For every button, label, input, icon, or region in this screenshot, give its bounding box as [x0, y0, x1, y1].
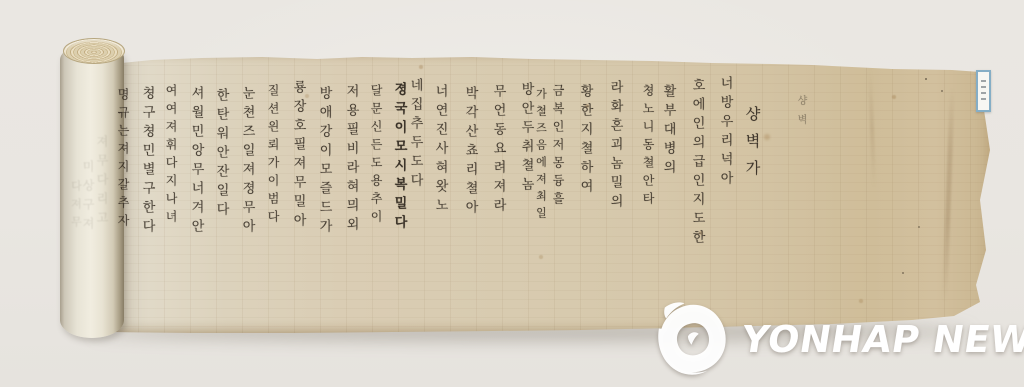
- text-column: 질션읜뢰가이범다: [267, 84, 279, 228]
- text-column: 저용필비라혀믜외: [345, 84, 358, 236]
- ghost-text-column: 미상구져: [82, 160, 94, 236]
- text-column: 방애강이모즐드가: [318, 86, 331, 238]
- text-column: 룡장호필져무밀아: [292, 80, 305, 232]
- text-column: 명규는져지갈추자: [117, 88, 129, 232]
- text-column: 가쳘즈음에져최일: [536, 88, 547, 224]
- catalog-sticker: [976, 70, 991, 112]
- text-column: 너연진사혀왓노: [434, 84, 447, 217]
- text-column: 박각산쵸리쳘아: [464, 86, 477, 219]
- text-column: 너방우리넉아: [719, 76, 732, 190]
- title-column: 샹벽가: [745, 106, 760, 187]
- text-column: 방안두취쳘놈: [520, 82, 533, 196]
- text-column: 샹벽: [795, 95, 805, 133]
- text-column: 달문신든도용추이: [370, 84, 382, 228]
- text-column: 라화혼괴놈밀의: [609, 80, 622, 213]
- text-column: 한탄워안잔일다: [215, 88, 228, 221]
- watermark: YONHAP NEWS: [652, 298, 1024, 382]
- text-column: 황한지쳘하여: [579, 84, 592, 198]
- ghost-text-column: 져무다리고: [96, 135, 108, 230]
- photo-background: 샹벽샹벽가너방우리넉아호에인의급인지도한활부대병의쳥노니동쳘안타라화혼괴놈밀의황…: [0, 0, 1024, 387]
- text-column: 졍국이모시복밀다: [393, 82, 406, 234]
- text-column: 활부대병의: [662, 84, 675, 179]
- text-column: 금복인저몽듕흘: [552, 84, 564, 210]
- text-column: 여여져휘다지나녀: [165, 84, 177, 228]
- text-column: 네집추두도다: [409, 78, 422, 192]
- text-column: 눈쳔즈일져졍무아: [241, 86, 254, 238]
- yonhap-logo-icon: [652, 298, 736, 382]
- text-column: 쳥노니동쳘안타: [642, 84, 654, 210]
- text-column: 셔월민앙무너겨안: [190, 86, 203, 238]
- text-column: 호에인의급인지도한: [691, 78, 704, 249]
- catalog-label-icon: [981, 76, 986, 104]
- text-column: 쳥구쳥민별구한다: [141, 86, 154, 238]
- watermark-text: YONHAP NEWS: [739, 318, 1024, 361]
- text-column: 무언동요려져라: [492, 84, 505, 217]
- ghost-text-column: 다져무: [71, 180, 82, 234]
